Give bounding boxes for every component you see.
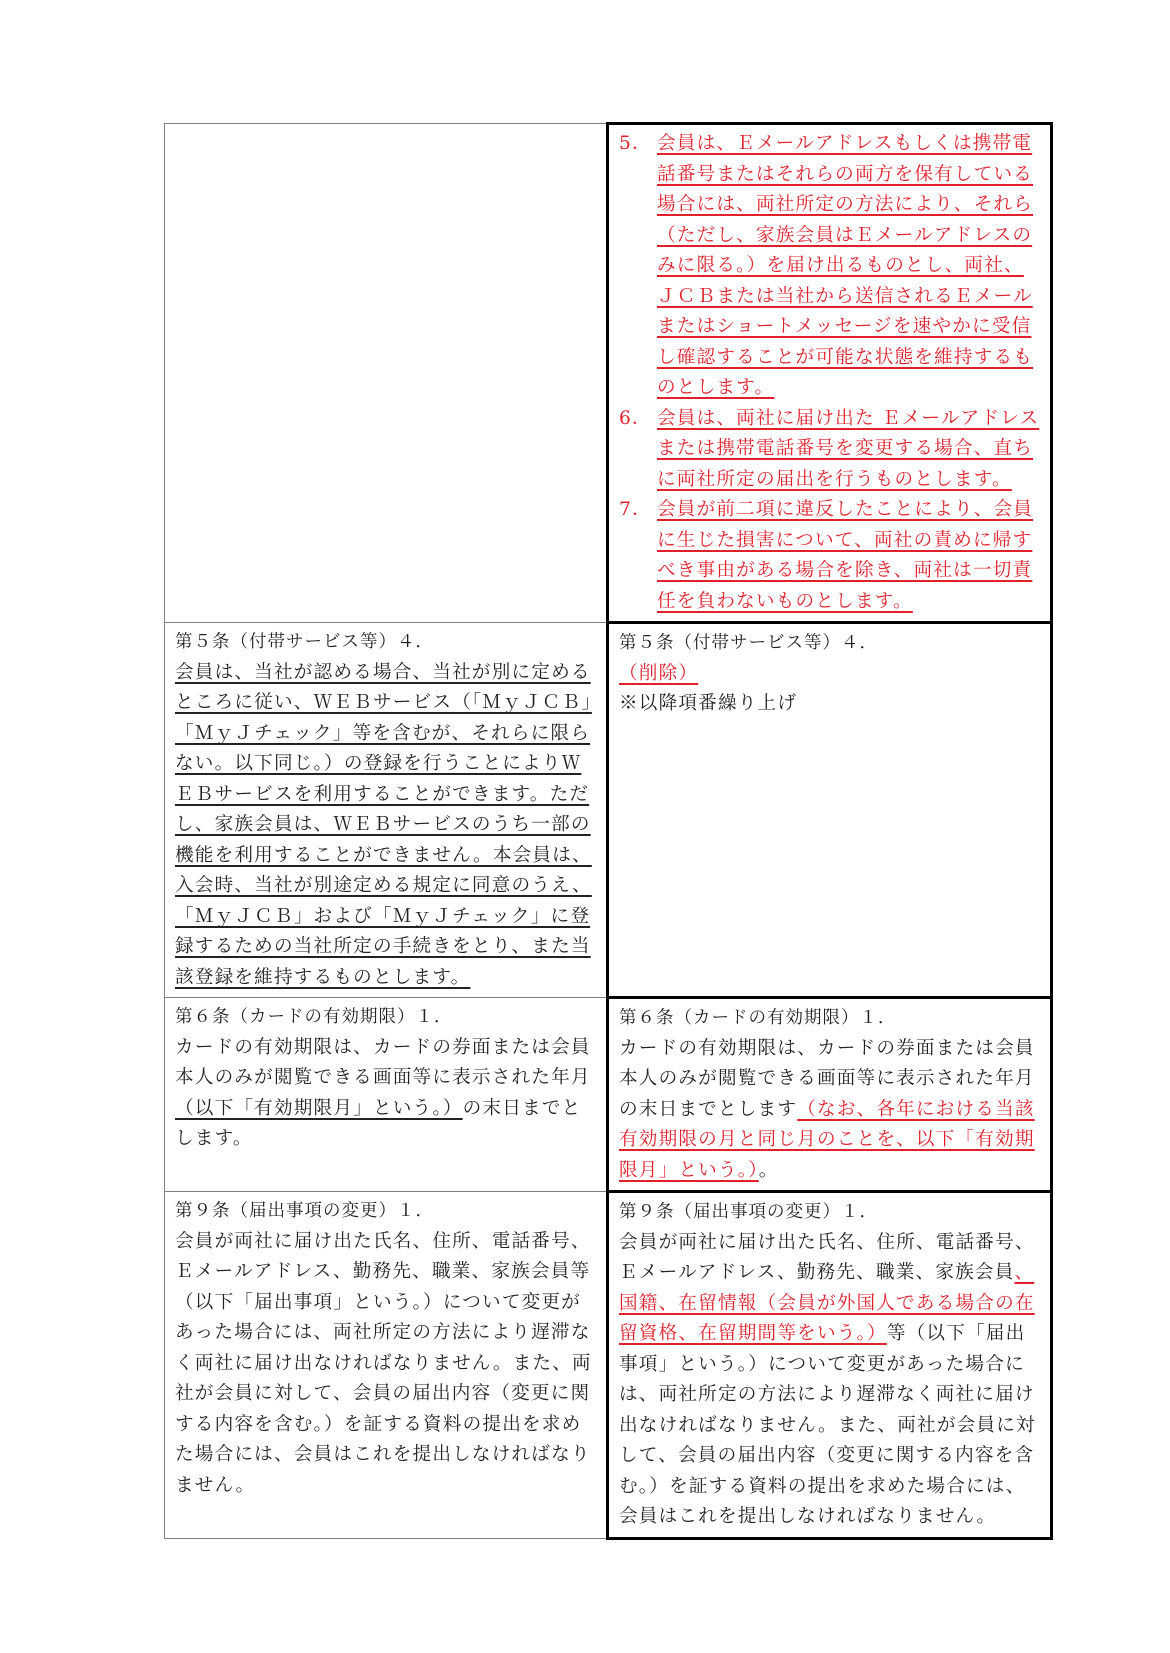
article-heading: 第９条（届出事項の変更）１． <box>619 1197 1040 1228</box>
old-cell-empty <box>165 124 608 623</box>
added-text: 会員は、両社に届け出た Ｅメールアドレスまたは携帯電話番号を変更する場合、直ちに… <box>657 408 1039 490</box>
document-page: 5． 会員は、Ｅメールアドレスもしくは携帯電話番号またはそれらの両方を保有してい… <box>0 0 1170 1653</box>
deleted-label: （削除） <box>619 663 698 684</box>
item-number: 6． <box>619 404 657 496</box>
new-cell-article-6: 第６条（カードの有効期限）１． カードの有効期限は、カードの券面または会員本人の… <box>608 998 1052 1192</box>
added-text: 会員は、Ｅメールアドレスもしくは携帯電話番号またはそれらの両方を保有している場合… <box>657 133 1033 398</box>
list-item: 6． 会員は、両社に届け出た Ｅメールアドレスまたは携帯電話番号を変更する場合、… <box>619 404 1040 496</box>
table-row: 第６条（カードの有効期限）１． カードの有効期限は、カードの券面または会員本人の… <box>165 998 1052 1192</box>
removed-text: （以下「有効期限月」という。） <box>175 1098 463 1119</box>
old-cell-article-5: 第５条（付帯サービス等）４． 会員は、当社が認める場合、当社が別に定めるところに… <box>165 623 608 998</box>
table-row: 5． 会員は、Ｅメールアドレスもしくは携帯電話番号またはそれらの両方を保有してい… <box>165 124 1052 623</box>
added-text: 会員が前二項に違反したことにより、会員に生じた損害について、両社の責めに帰すべき… <box>657 499 1033 612</box>
article-heading: 第６条（カードの有効期限）１． <box>175 1002 596 1033</box>
table-row: 第５条（付帯サービス等）４． 会員は、当社が認める場合、当社が別に定めるところに… <box>165 623 1052 998</box>
renumber-note: ※以降項番繰り上げ <box>619 689 1040 720</box>
old-cell-article-9: 第９条（届出事項の変更）１． 会員が両社に届け出た氏名、住所、電話番号、Ｅメール… <box>165 1192 608 1539</box>
list-item: 7． 会員が前二項に違反したことにより、会員に生じた損害について、両社の責めに帰… <box>619 495 1040 617</box>
body-text: 会員が両社に届け出た氏名、住所、電話番号、Ｅメールアドレス、勤務先、職業、家族会… <box>175 1231 592 1496</box>
article-heading: 第５条（付帯サービス等）４． <box>175 627 596 658</box>
comparison-table: 5． 会員は、Ｅメールアドレスもしくは携帯電話番号またはそれらの両方を保有してい… <box>164 122 1053 1540</box>
list-item: 5． 会員は、Ｅメールアドレスもしくは携帯電話番号またはそれらの両方を保有してい… <box>619 129 1040 404</box>
article-heading: 第６条（カードの有効期限）１． <box>619 1003 1040 1034</box>
new-cell-items: 5． 会員は、Ｅメールアドレスもしくは携帯電話番号またはそれらの両方を保有してい… <box>608 124 1052 623</box>
article-heading: 第９条（届出事項の変更）１． <box>175 1196 596 1227</box>
body-text: 等（以下「届出事項」という。）について変更があった場合には、両社所定の方法により… <box>619 1323 1036 1527</box>
article-heading: 第５条（付帯サービス等）４． <box>619 628 1040 659</box>
item-number: 5． <box>619 129 657 404</box>
body-text: 会員が両社に届け出た氏名、住所、電話番号、Ｅメールアドレス、勤務先、職業、家族会… <box>619 1232 1035 1284</box>
removed-text: 会員は、当社が認める場合、当社が別に定めるところに従い、ＷＥＢサービス（「ＭｙＪ… <box>175 662 592 988</box>
item-number: 7． <box>619 495 657 617</box>
body-text: カードの有効期限は、カードの券面または会員本人のみが閲覧できる画面等に表示された… <box>175 1037 591 1089</box>
old-cell-article-6: 第６条（カードの有効期限）１． カードの有効期限は、カードの券面または会員本人の… <box>165 998 608 1192</box>
table-row: 第９条（届出事項の変更）１． 会員が両社に届け出た氏名、住所、電話番号、Ｅメール… <box>165 1192 1052 1539</box>
new-cell-article-9: 第９条（届出事項の変更）１． 会員が両社に届け出た氏名、住所、電話番号、Ｅメール… <box>608 1192 1052 1539</box>
body-text: 。 <box>759 1160 779 1181</box>
new-cell-article-5: 第５条（付帯サービス等）４． （削除） ※以降項番繰り上げ <box>608 623 1052 998</box>
